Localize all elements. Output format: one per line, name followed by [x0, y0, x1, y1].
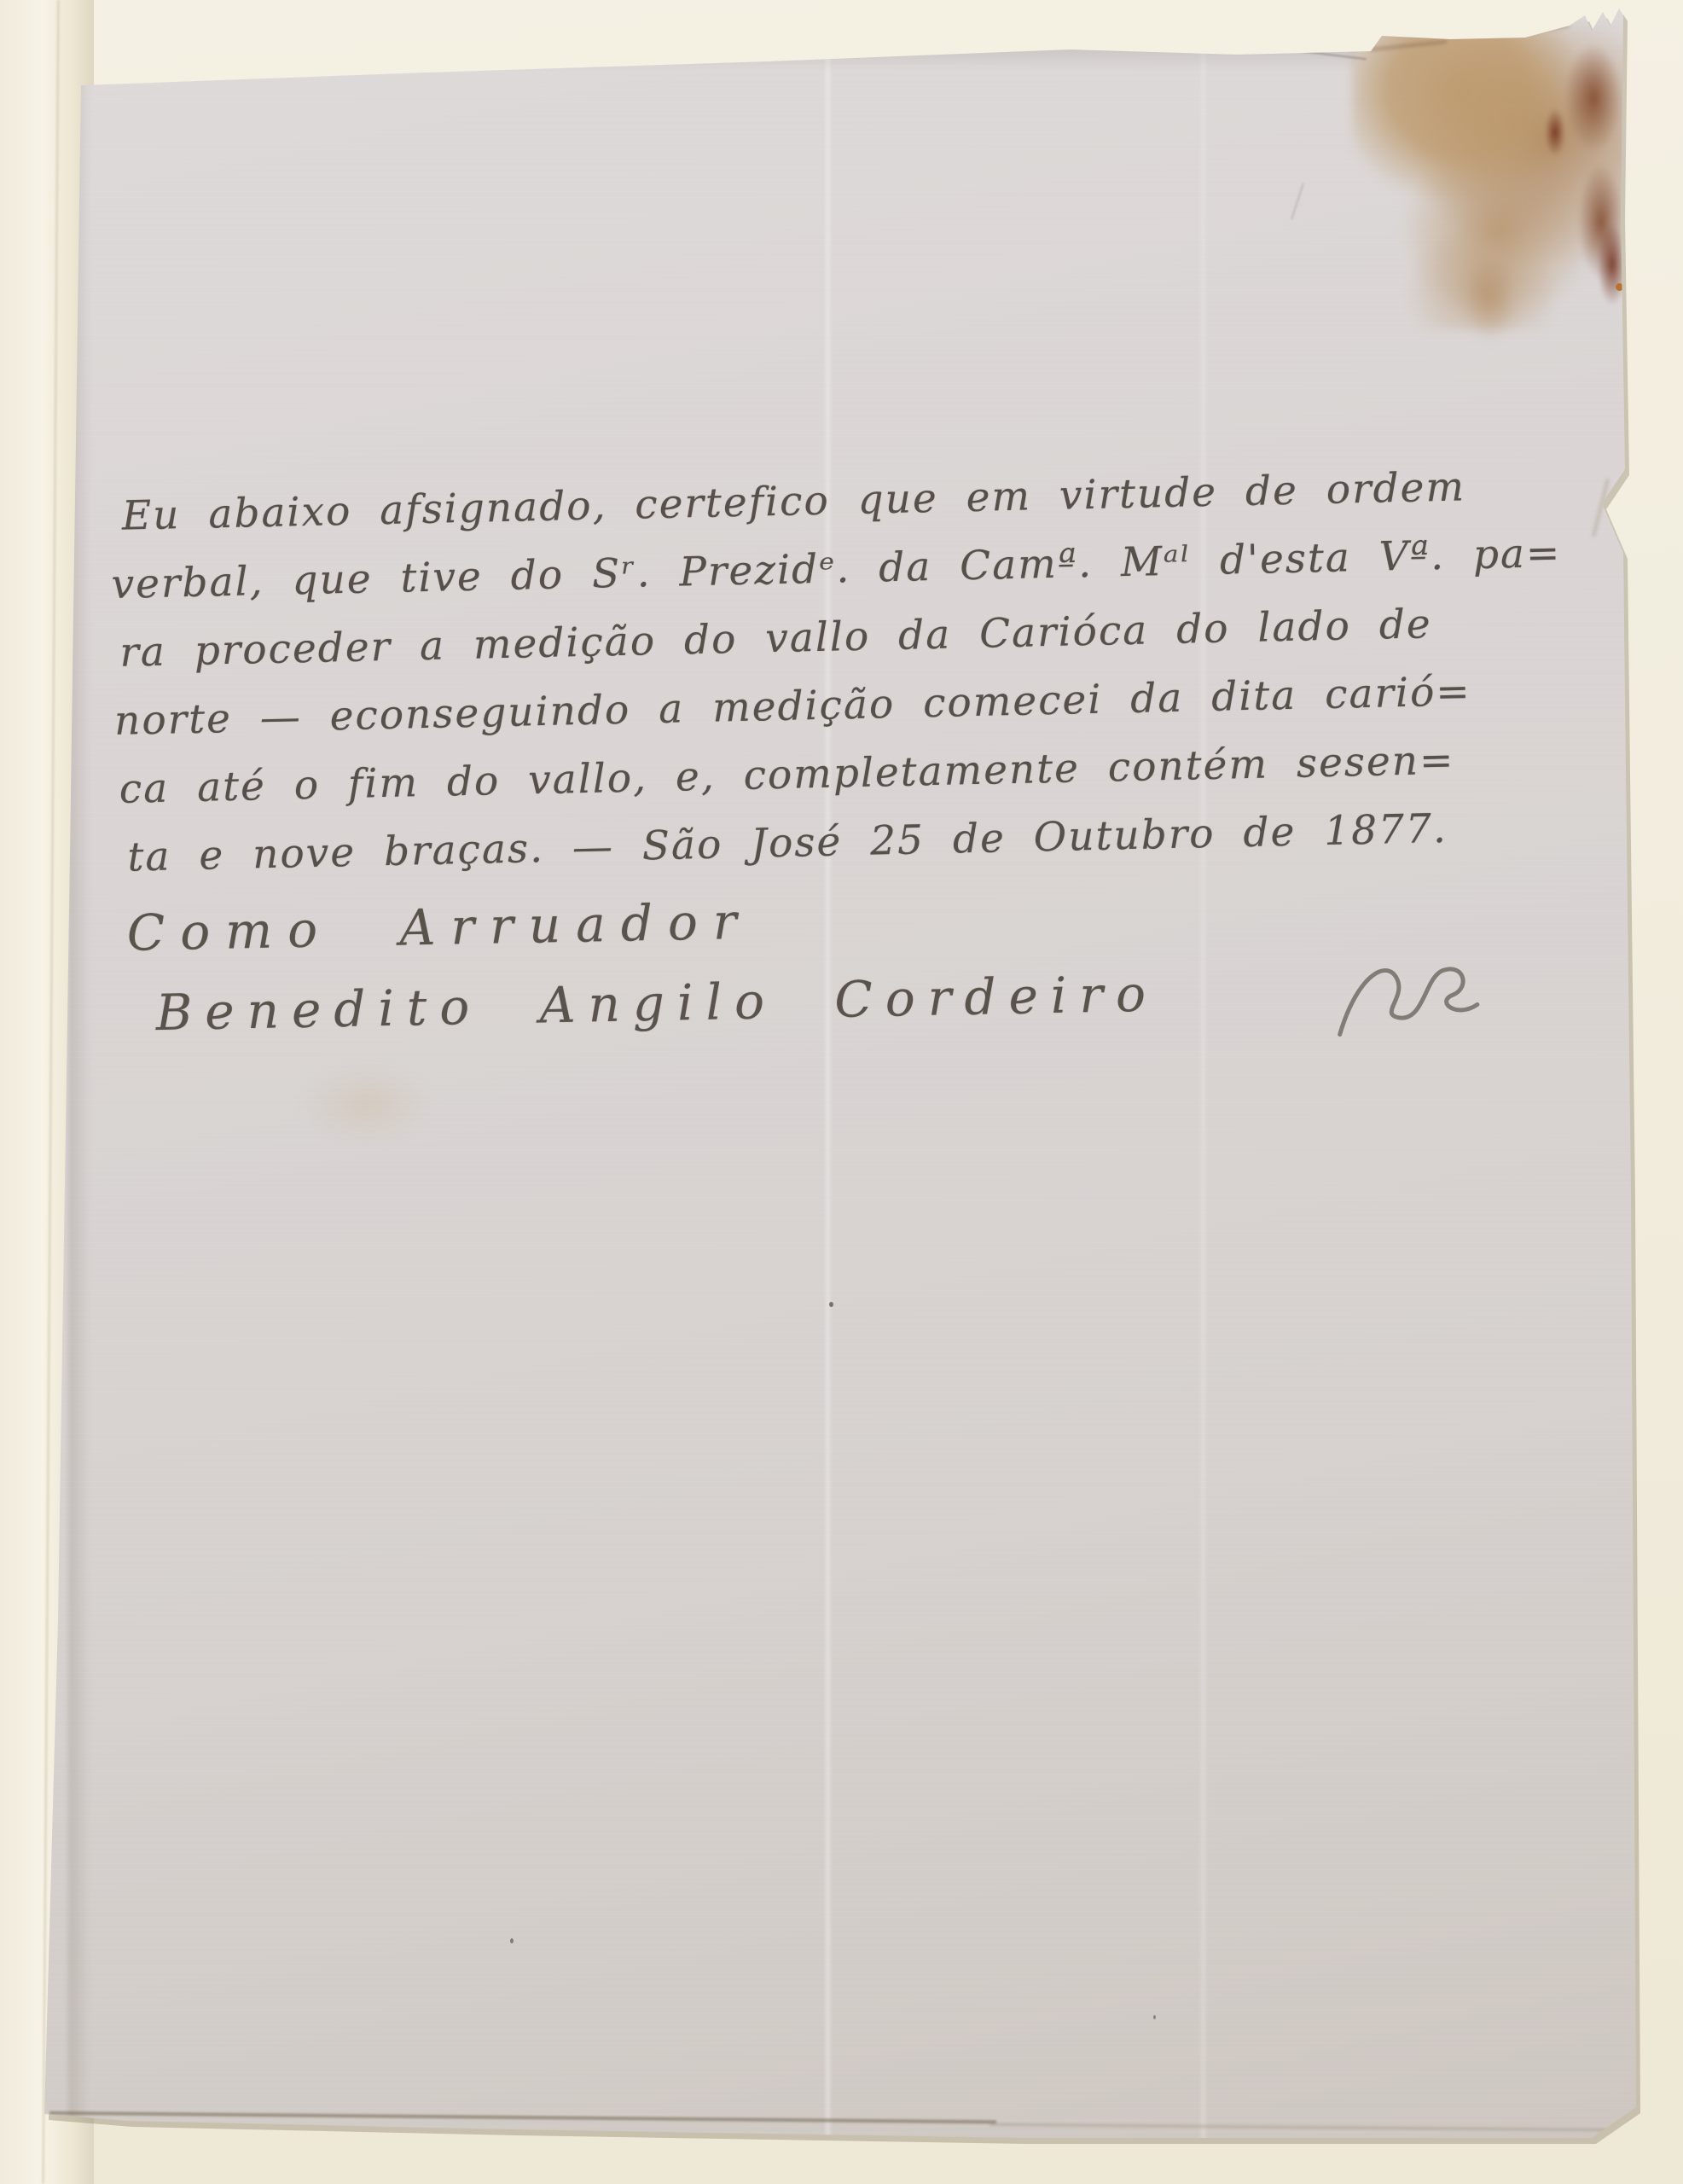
page-top-edge-shadow: [77, 47, 1356, 69]
page-bottom-edge: [49, 2111, 996, 2124]
signature-flourish-icon: [1321, 937, 1494, 1064]
paper-speck: [829, 1302, 833, 1307]
photo-of-document: Eu abaixo afsignado, certefico que em vi…: [0, 0, 1683, 2184]
vertical-fold-line: [1201, 0, 1205, 2184]
water-stain-streak: [1460, 256, 1520, 358]
foxing-stain: [1559, 34, 1628, 162]
vertical-fold-line: [826, 0, 830, 2184]
paper-speck: [1153, 2015, 1156, 2019]
page-bottom-edge: [989, 2123, 1621, 2131]
paper-speck: [510, 1938, 514, 1943]
faint-stain: [290, 1058, 444, 1152]
manuscript-text-block: Eu abaixo afsignado, certefico que em vi…: [109, 450, 1653, 892]
foxing-stain: [1542, 102, 1568, 162]
document-page: Eu abaixo afsignado, certefico que em vi…: [0, 0, 1683, 2184]
pencil-scuff: [1291, 183, 1303, 219]
